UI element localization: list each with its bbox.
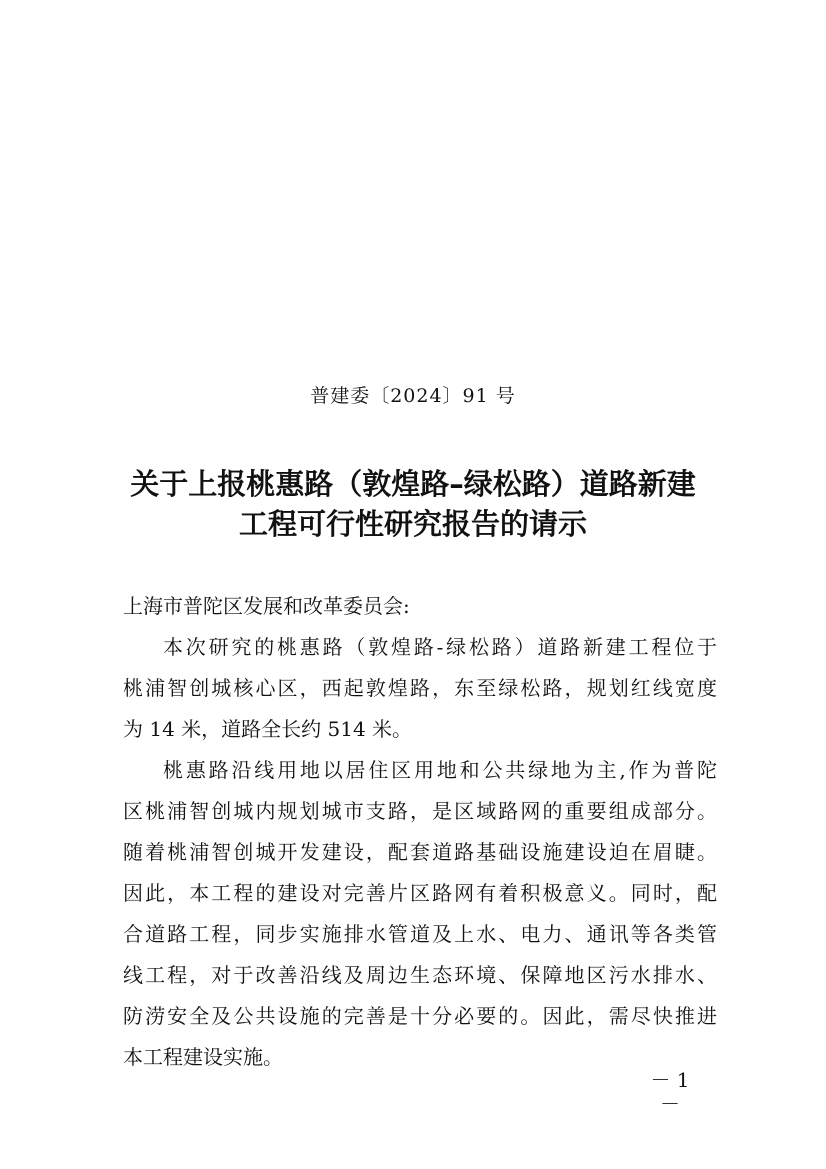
text-line: 随着桃浦智创城开发建设，配套道路基础设施建设迫在眉睫。 — [83, 832, 717, 873]
text-line: 区桃浦智创城内规划城市支路，是区域路网的重要组成部分。 — [83, 791, 717, 832]
text-line: 为 14 米，道路全长约 514 米。 — [83, 709, 717, 750]
text-line: 桃惠路沿线用地以居住区用地和公共绿地为主,作为普陀 — [123, 750, 717, 791]
page-number: － 1 － — [640, 1068, 700, 1116]
title-line: 关于上报桃惠路（敦煌路–绿松路）道路新建 — [110, 464, 716, 504]
text-line: 因此，本工程的建设对完善片区路网有着积极意义。同时，配 — [83, 873, 717, 914]
text-line: 本次研究的桃惠路（敦煌路-绿松路）道路新建工程位于 — [123, 627, 717, 668]
salutation: 上海市普陀区发展和改革委员会: — [123, 586, 717, 627]
text-line: 桃浦智创城核心区，西起敦煌路，东至绿松路，规划红线宽度 — [83, 668, 717, 709]
document-number: 普建委〔2024〕91 号 — [0, 381, 826, 411]
document-body: 上海市普陀区发展和改革委员会: 本次研究的桃惠路（敦煌路-绿松路）道路新建工程位… — [123, 586, 717, 1078]
text-line: 防涝安全及公共设施的完善是十分必要的。因此，需尽快推进 — [83, 996, 717, 1037]
text-line: 线工程，对于改善沿线及周边生态环境、保障地区污水排水、 — [83, 955, 717, 996]
paragraph-1: 本次研究的桃惠路（敦煌路-绿松路）道路新建工程位于 桃浦智创城核心区，西起敦煌路… — [123, 627, 717, 750]
text-line: 本工程建设实施。 — [83, 1037, 717, 1078]
title-line: 工程可行性研究报告的请示 — [110, 504, 716, 544]
paragraph-2: 桃惠路沿线用地以居住区用地和公共绿地为主,作为普陀 区桃浦智创城内规划城市支路，… — [123, 750, 717, 1078]
text-line: 合道路工程，同步实施排水管道及上水、电力、通讯等各类管 — [83, 914, 717, 955]
document-title: 关于上报桃惠路（敦煌路–绿松路）道路新建 工程可行性研究报告的请示 — [110, 464, 716, 544]
